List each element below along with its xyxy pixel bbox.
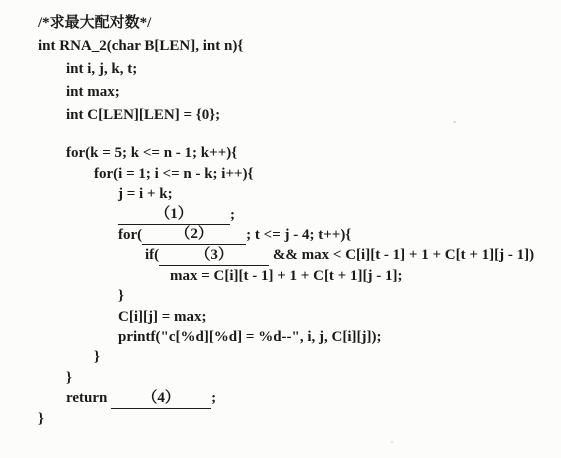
fill-blank-4-label: （4） xyxy=(142,390,180,406)
code-line: for(i = 1; i <= n - k; i++){ xyxy=(38,164,553,184)
code-line: return （4）; xyxy=(38,388,553,408)
code-line: } xyxy=(38,286,553,306)
code-text: for(i = 1; i <= n - k; i++){ xyxy=(94,166,253,182)
code-text: int max; xyxy=(66,84,120,100)
code-text: j = i + k; xyxy=(118,186,173,202)
code-text: int RNA_2(char B[LEN], int n){ xyxy=(38,38,243,54)
code-text: } xyxy=(66,370,72,386)
code-line: int RNA_2(char B[LEN], int n){ xyxy=(38,35,553,58)
code-line: } xyxy=(38,368,553,388)
code-text: C[i][j] = max; xyxy=(118,309,207,325)
code-block: /*求最大配对数*/ int RNA_2(char B[LEN], int n)… xyxy=(38,12,553,429)
fill-blank-1-label: （1） xyxy=(155,206,193,222)
code-line: （1）; xyxy=(38,205,553,225)
code-text: ; xyxy=(230,207,235,223)
code-text: for(k = 5; k <= n - 1; k++){ xyxy=(66,145,237,161)
code-line: int max; xyxy=(38,81,553,104)
code-line: int i, j, k, t; xyxy=(38,58,553,81)
code-text: if( xyxy=(145,247,159,263)
code-line: /*求最大配对数*/ xyxy=(38,12,553,35)
code-text: max = C[i][t - 1] + 1 + C[t + 1][j - 1]; xyxy=(170,268,402,284)
fill-blank-2: （2） xyxy=(142,225,246,245)
code-line: for(（2）; t <= j - 4; t++){ xyxy=(38,225,553,245)
code-text: printf("c[%d][%d] = %d--", i, j, C[i][j]… xyxy=(118,329,381,345)
code-line: for(k = 5; k <= n - 1; k++){ xyxy=(38,143,553,163)
code-line: j = i + k; xyxy=(38,184,553,204)
code-text: int C[LEN][LEN] = {0}; xyxy=(66,107,220,123)
code-comment: /*求最大配对数*/ xyxy=(38,15,151,31)
fill-blank-4: （4） xyxy=(111,389,211,409)
code-text: ; t <= j - 4; t++){ xyxy=(246,227,351,243)
code-line: C[i][j] = max; xyxy=(38,307,553,327)
scan-speck xyxy=(453,121,456,123)
fill-blank-1: （1） xyxy=(118,205,230,225)
fill-blank-3-label: （3） xyxy=(195,247,233,263)
code-line: } xyxy=(38,347,553,367)
code-text: && max < C[i][t - 1] + 1 + C[t + 1][j - … xyxy=(269,247,534,263)
code-line: int C[LEN][LEN] = {0}; xyxy=(38,104,553,127)
scan-speck xyxy=(390,441,394,443)
code-text: } xyxy=(94,349,100,365)
code-line: if(（3） && max < C[i][t - 1] + 1 + C[t + … xyxy=(38,245,553,265)
code-text: } xyxy=(118,288,124,304)
code-line: printf("c[%d][%d] = %d--", i, j, C[i][j]… xyxy=(38,327,553,347)
code-text: ; xyxy=(211,390,216,406)
code-text: for( xyxy=(118,227,142,243)
code-text: return xyxy=(66,390,111,406)
fill-blank-3: （3） xyxy=(159,246,269,266)
code-line: max = C[i][t - 1] + 1 + C[t + 1][j - 1]; xyxy=(38,266,553,286)
code-text: int i, j, k, t; xyxy=(66,61,137,77)
code-line: } xyxy=(38,409,553,429)
fill-blank-2-label: （2） xyxy=(175,226,213,242)
code-text: } xyxy=(38,411,44,427)
empty-line xyxy=(38,127,553,143)
scanned-document-page: /*求最大配对数*/ int RNA_2(char B[LEN], int n)… xyxy=(0,0,561,458)
